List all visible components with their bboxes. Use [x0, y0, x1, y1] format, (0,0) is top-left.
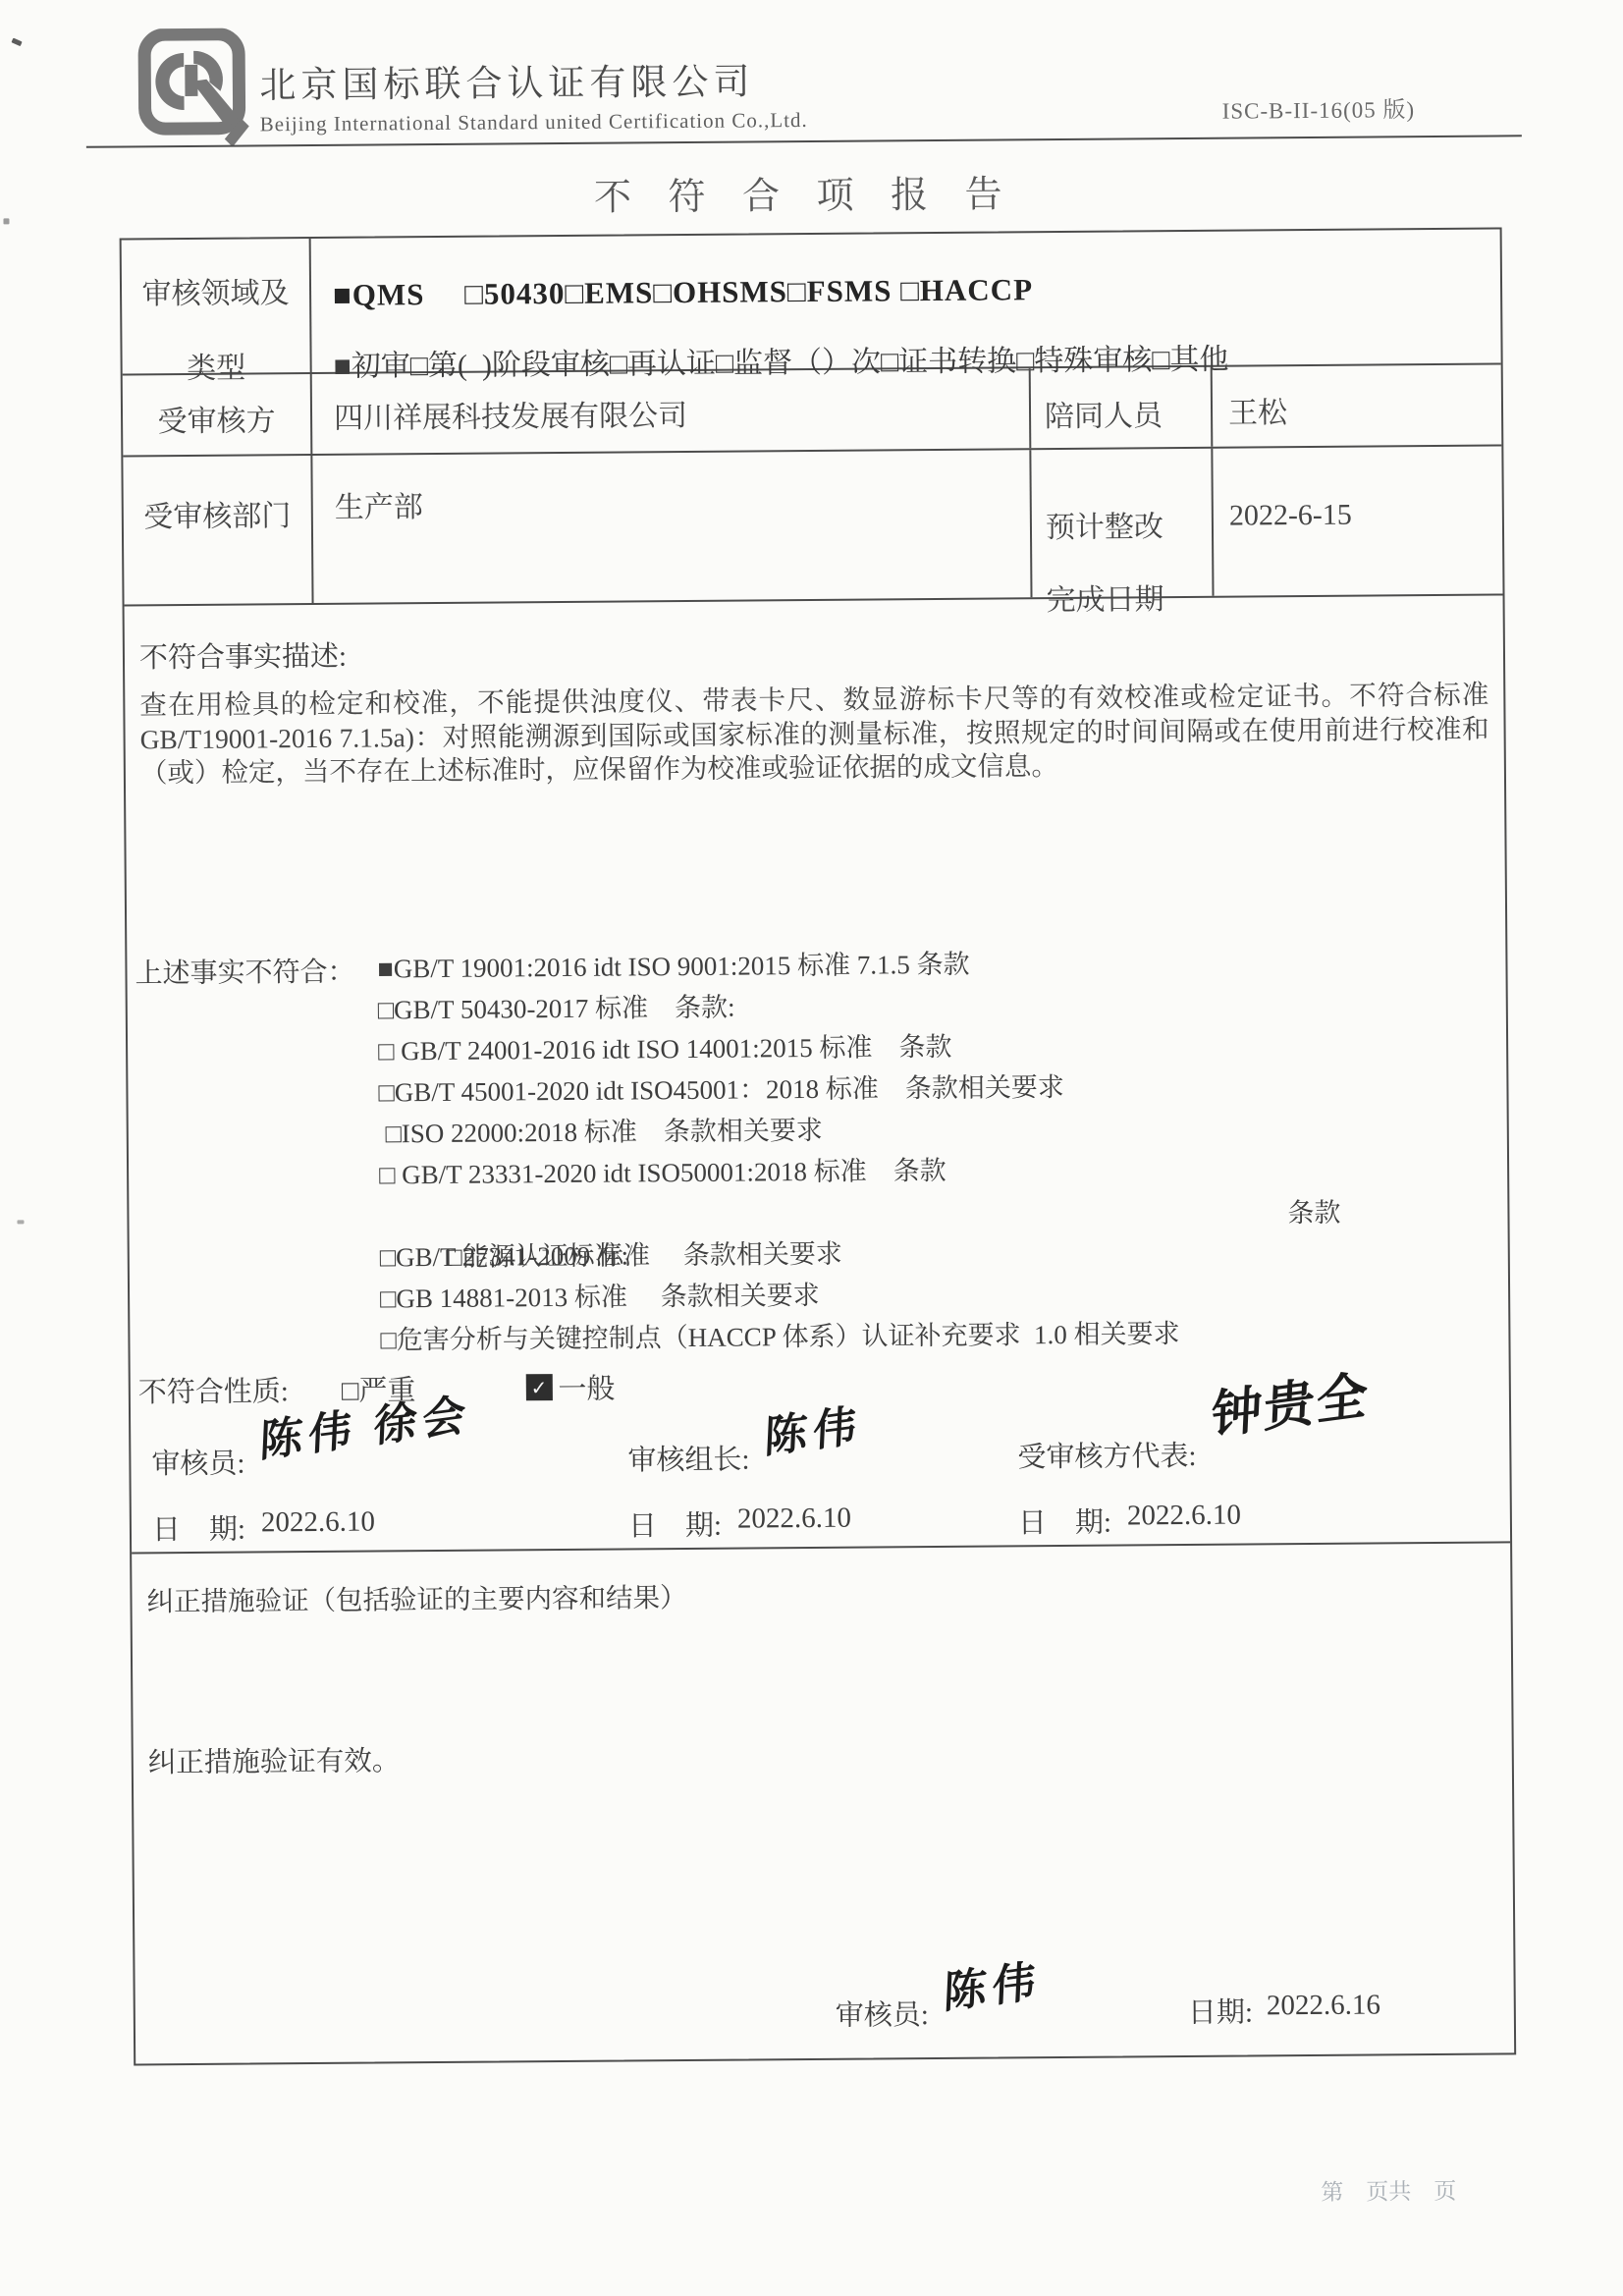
scan-artifact — [11, 38, 22, 47]
deadline-label: 预计整改 完成日期 — [1031, 449, 1214, 597]
auditor-date-label: 日 期: — [152, 1507, 245, 1549]
certification-mark-icon — [137, 27, 256, 158]
company-name-cn: 北京国标联合认证有限公司 — [259, 51, 754, 108]
nature-general-option: 一般 — [558, 1367, 615, 1407]
scan-artifact — [3, 218, 9, 224]
correction-heading: 纠正措施验证（包括验证的主要内容和结果） — [146, 1575, 686, 1618]
header-divider — [86, 135, 1522, 147]
standards-label: 上述事实不符合： — [135, 951, 354, 992]
auditor-date-value: 2022.6.10 — [261, 1506, 375, 1548]
auditee-rep-label: 受审核方代表: — [1017, 1434, 1196, 1475]
audit-scope-content: ■QMS □50430□EMS□OHSMS□FSMS □HACCP ■初审□第(… — [311, 229, 1501, 372]
auditor-sign-block: 审核员: 陈伟 徐会 日 期: 2022.6.10 — [151, 1441, 472, 1549]
standard-item-haccp: □危害分析与关键控制点（HACCP 体系）认证补充要求 1.0 相关要求 — [380, 1310, 1504, 1360]
correction-auditor-label: 审核员: — [836, 1993, 929, 2034]
department-value: 生产部 — [312, 450, 1032, 603]
deadline-label-line1: 预计整改 — [1046, 502, 1212, 546]
row-auditee: 受审核方 四川祥展科技发展有限公司 陪同人员 王松 — [123, 364, 1502, 457]
correction-result: 纠正措施验证有效。 — [148, 1738, 401, 1780]
correction-date-label: 日期: — [1188, 1991, 1253, 2032]
standards-checklist: ■GB/T 19001:2016 idt ISO 9001:2015 标准 7.… — [377, 939, 1504, 1360]
team-leader-label: 审核组长: — [627, 1438, 749, 1479]
correction-date-value: 2022.6.16 — [1267, 1989, 1380, 2030]
row-nonconformity: 不符合事实描述: 查在用检具的检定和校准，不能提供浊度仪、带表卡尺、数显游标卡尺… — [125, 595, 1511, 1554]
company-logo — [137, 27, 256, 158]
auditor-label: 审核员: — [151, 1442, 244, 1483]
auditee-rep-date-value: 2022.6.10 — [1127, 1500, 1241, 1541]
escort-value: 王松 — [1213, 364, 1502, 446]
auditee-label: 受审核方 — [123, 374, 313, 456]
auditee-rep-signature: 钟贵全 — [1210, 1353, 1371, 1449]
report-title: 不 符 合 项 报 告 — [0, 159, 1616, 226]
scan-artifact — [17, 1220, 24, 1224]
standard-item-energy-clause: 条款 — [1287, 1192, 1340, 1233]
audit-scope-label-line1: 审核领域及 — [122, 268, 309, 312]
company-name-en: Beijing International Standard united Ce… — [260, 108, 808, 137]
row-correction-verification: 纠正措施验证（包括验证的主要内容和结果） 纠正措施验证有效。 审核员: 陈伟 日… — [132, 1543, 1514, 2063]
auditee-rep-sign-block: 受审核方代表: 钟贵全 日 期: 2022.6.10 — [1017, 1434, 1370, 1542]
team-leader-date-value: 2022.6.10 — [737, 1503, 851, 1544]
signature-band: 审核员: 陈伟 徐会 日 期: 2022.6.10 审核组长: 陈伟 日 期: — [131, 1432, 1506, 1551]
correction-auditor-signature: 陈伟 — [943, 1944, 1043, 2021]
facts-heading: 不符合事实描述: — [139, 634, 347, 677]
form-code: ISC-B-II-16(05 版) — [1221, 91, 1415, 126]
scanned-page: 北京国标联合认证有限公司 Beijing International Stand… — [0, 0, 1623, 2296]
team-leader-sign-block: 审核组长: 陈伟 日 期: 2022.6.10 — [627, 1438, 862, 1545]
escort-label: 陪同人员 — [1031, 367, 1214, 448]
department-label: 受审核部门 — [123, 456, 313, 605]
nature-general-checkbox-checked: ✓ — [525, 1374, 552, 1400]
correction-signoff: 审核员: 陈伟 日期: 2022.6.16 — [835, 1966, 1380, 2033]
audit-scope-label: 审核领域及 类型 — [122, 239, 312, 374]
page-number-note: 第 页共 页 — [1321, 2173, 1456, 2207]
row-audit-scope: 审核领域及 类型 ■QMS □50430□EMS□OHSMS□FSMS □HAC… — [122, 229, 1501, 375]
auditee-rep-date-label: 日 期: — [1018, 1501, 1111, 1542]
team-leader-date-label: 日 期: — [628, 1503, 722, 1545]
row-department: 受审核部门 生产部 预计整改 完成日期 2022-6-15 — [123, 446, 1502, 606]
facts-body: 查在用检具的检定和校准，不能提供浊度仪、带表卡尺、数显游标卡尺等的有效校准或检定… — [139, 679, 1489, 791]
report-table: 审核领域及 类型 ■QMS □50430□EMS□OHSMS□FSMS □HAC… — [120, 227, 1517, 2065]
auditee-value: 四川祥展科技发展有限公司 — [312, 368, 1032, 454]
scope-checkbox-line: ■QMS □50430□EMS□OHSMS□FSMS □HACCP — [333, 260, 1500, 313]
deadline-value: 2022-6-15 — [1213, 446, 1502, 595]
team-leader-signature: 陈伟 — [764, 1390, 864, 1466]
